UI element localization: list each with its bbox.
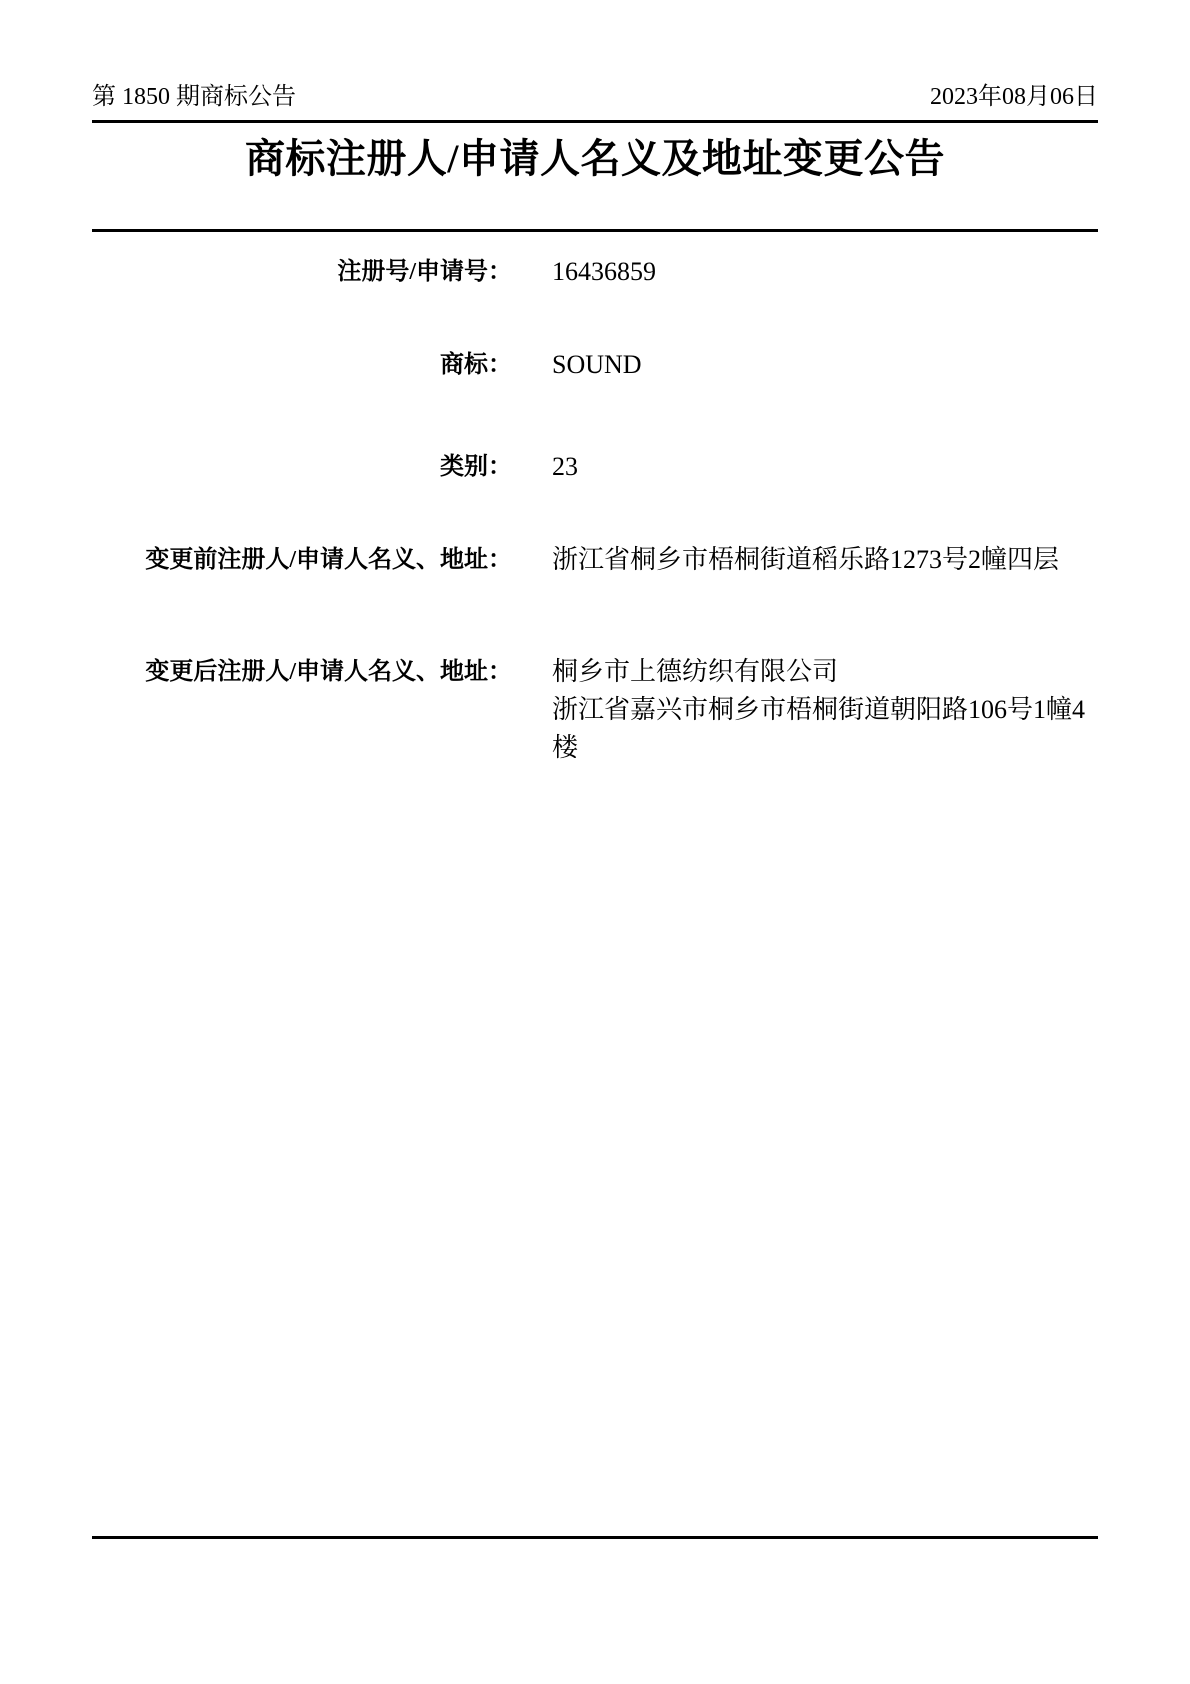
gazette-issue-label: 第 1850 期商标公告 <box>92 82 296 112</box>
gazette-date-label: 2023年08月06日 <box>930 82 1098 112</box>
registration-number-value: 16436859 <box>552 253 656 291</box>
after-change-row: 变更后注册人/申请人名义、地址： 桐乡市上德纺织有限公司 浙江省嘉兴市桐乡市梧桐… <box>92 653 1098 767</box>
registration-number-row: 注册号/申请号： 16436859 <box>92 253 1098 291</box>
after-change-value: 桐乡市上德纺织有限公司 浙江省嘉兴市桐乡市梧桐街道朝阳路106号1幢4楼 <box>552 653 1098 767</box>
announcement-title: 商标注册人/申请人名义及地址变更公告 <box>0 133 1190 185</box>
after-change-address: 浙江省嘉兴市桐乡市梧桐街道朝阳路106号1幢4楼 <box>552 691 1098 767</box>
before-change-label: 变更前注册人/申请人名义、地址： <box>92 541 512 579</box>
header-divider <box>92 120 1098 123</box>
trademark-label: 商标： <box>92 346 512 384</box>
after-change-name: 桐乡市上德纺织有限公司 <box>552 653 1098 691</box>
before-change-row: 变更前注册人/申请人名义、地址： 浙江省桐乡市梧桐街道稻乐路1273号2幢四层 <box>92 541 1098 579</box>
trademark-gazette-page: 第 1850 期商标公告 2023年08月06日 商标注册人/申请人名义及地址变… <box>0 0 1190 1684</box>
title-divider <box>92 229 1098 232</box>
class-row: 类别： 23 <box>92 448 1098 486</box>
registration-number-label: 注册号/申请号： <box>92 253 512 291</box>
trademark-value: SOUND <box>552 346 642 384</box>
after-change-label: 变更后注册人/申请人名义、地址： <box>92 653 512 691</box>
class-label: 类别： <box>92 448 512 486</box>
page-header: 第 1850 期商标公告 2023年08月06日 <box>92 82 1098 112</box>
before-change-value: 浙江省桐乡市梧桐街道稻乐路1273号2幢四层 <box>552 541 1059 579</box>
footer-divider <box>92 1536 1098 1539</box>
trademark-row: 商标： SOUND <box>92 346 1098 384</box>
class-value: 23 <box>552 448 578 486</box>
